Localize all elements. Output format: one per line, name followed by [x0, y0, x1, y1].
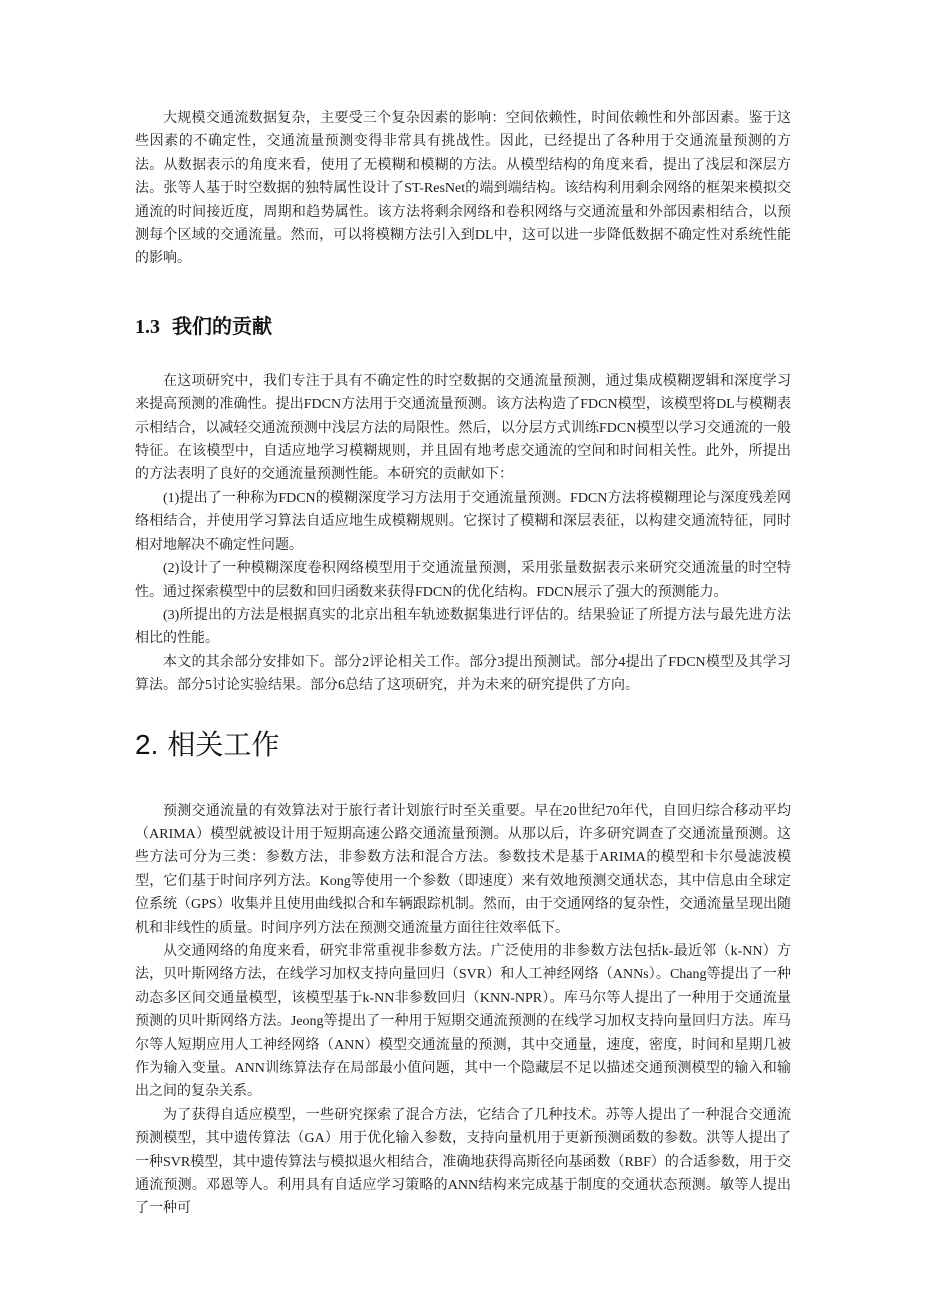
- related-work-paragraph-2: 从交通网络的角度来看，研究非常重视非参数方法。广泛使用的非参数方法包括k-最近邻…: [135, 940, 791, 1104]
- page-body: 大规模交通流数据复杂，主要受三个复杂因素的影响：空间依赖性，时间依赖性和外部因素…: [135, 107, 791, 1221]
- section-number: 1.3: [135, 316, 160, 338]
- section-title: 我们的贡献: [172, 316, 272, 338]
- contributions-intro-paragraph: 在这项研究中，我们专注于具有不确定性的时空数据的交通流量预测，通过集成模糊逻辑和…: [135, 370, 791, 487]
- contribution-item-1: (1)提出了一种称为FDCN的模糊深度学习方法用于交通流量预测。FDCN方法将模…: [135, 487, 791, 557]
- section-number: 2.: [135, 729, 158, 760]
- contribution-item-2: (2)设计了一种模糊深度卷积网络模型用于交通流量预测，采用张量数据表示来研究交通…: [135, 557, 791, 604]
- section-title: 相关工作: [167, 729, 279, 760]
- intro-paragraph: 大规模交通流数据复杂，主要受三个复杂因素的影响：空间依赖性，时间依赖性和外部因素…: [135, 107, 791, 271]
- paper-page: 大规模交通流数据复杂，主要受三个复杂因素的影响：空间依赖性，时间依赖性和外部因素…: [0, 0, 925, 1309]
- section-heading-related-work: 2.相关工作: [135, 726, 791, 764]
- paper-outline-paragraph: 本文的其余部分安排如下。部分2评论相关工作。部分3提出预测试。部分4提出了FDC…: [135, 651, 791, 698]
- contribution-item-3: (3)所提出的方法是根据真实的北京出租车轨迹数据集进行评估的。结果验证了所提方法…: [135, 604, 791, 651]
- related-work-paragraph-1: 预测交通流量的有效算法对于旅行者计划旅行时至关重要。早在20世纪70年代，自回归…: [135, 800, 791, 940]
- section-heading-contributions: 1.3我们的贡献: [135, 314, 791, 341]
- related-work-paragraph-3: 为了获得自适应模型，一些研究探索了混合方法，它结合了几种技术。苏等人提出了一种混…: [135, 1104, 791, 1221]
